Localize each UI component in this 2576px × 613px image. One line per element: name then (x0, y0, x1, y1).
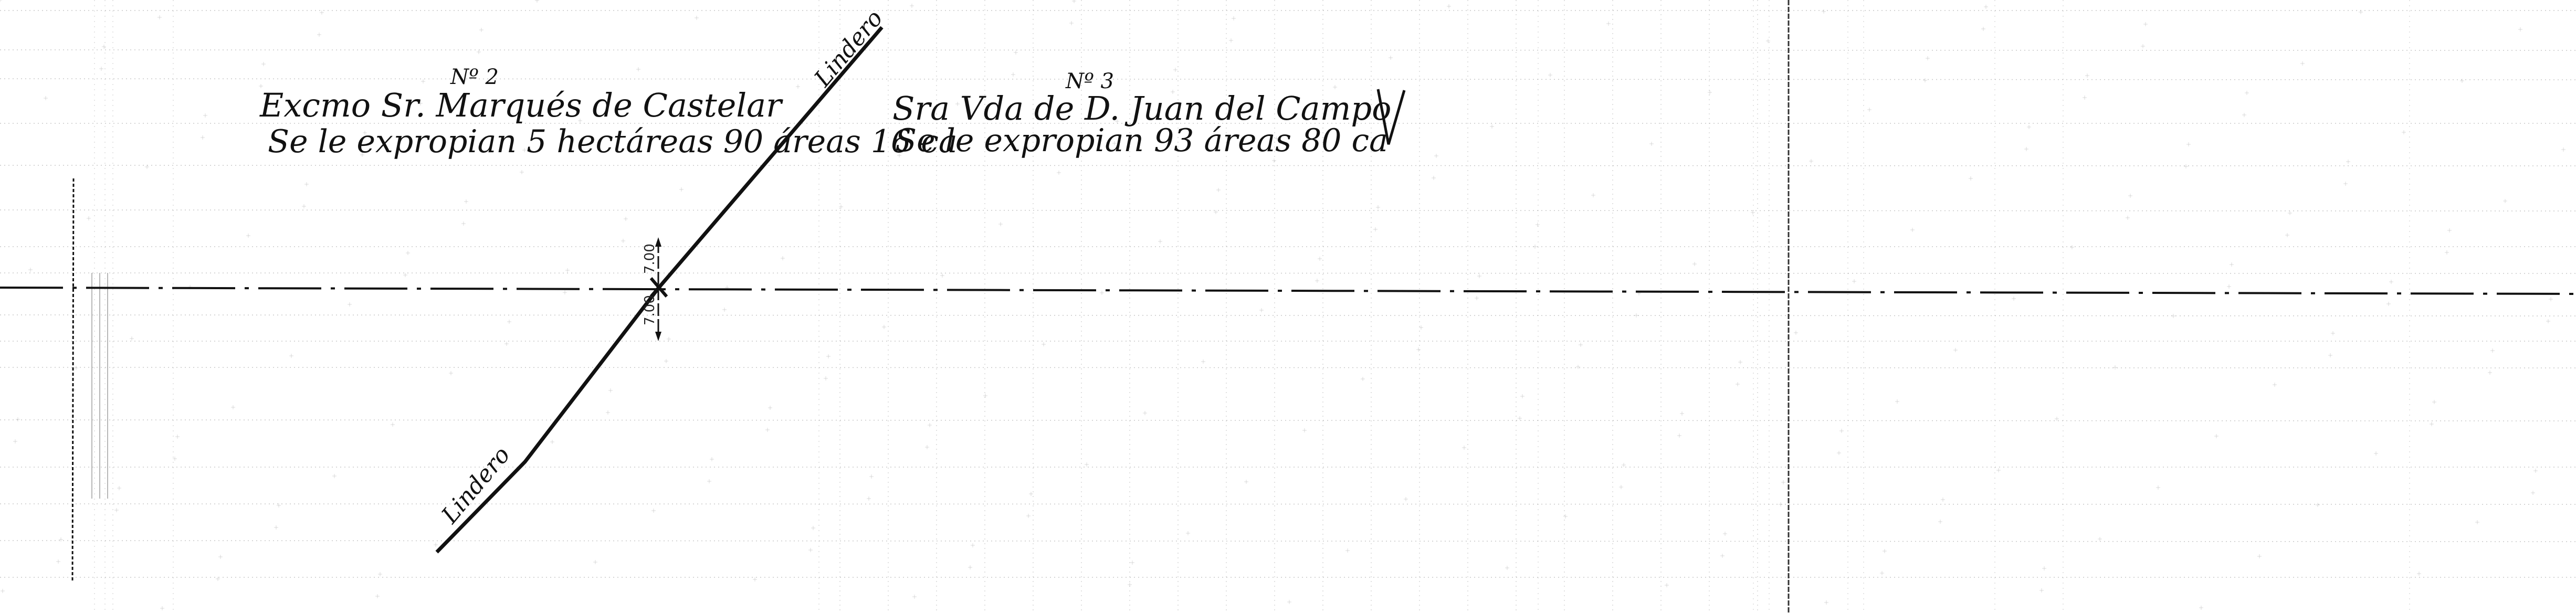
centre-axis-line (0, 288, 2576, 294)
dimension-above: 7.00 (642, 244, 658, 274)
plan-drawing: Nº 2 Excmo Sr. Marqués de Castelar Se le… (0, 0, 2576, 613)
parcel-3-area: Se le expropian 93 áreas 80 ca (895, 122, 1388, 159)
dimension-below: 7.00 (642, 295, 658, 325)
parcel-2-area: Se le expropian 5 hectáreas 90 áreas 16 … (268, 123, 958, 160)
parcel-2-owner: Excmo Sr. Marqués de Castelar (259, 86, 783, 124)
arrow-down-icon (655, 332, 661, 341)
boundary-label-top: Lindero (809, 5, 888, 92)
survey-plan: Nº 2 Excmo Sr. Marqués de Castelar Se le… (0, 0, 2576, 613)
left-border-line (72, 178, 73, 583)
